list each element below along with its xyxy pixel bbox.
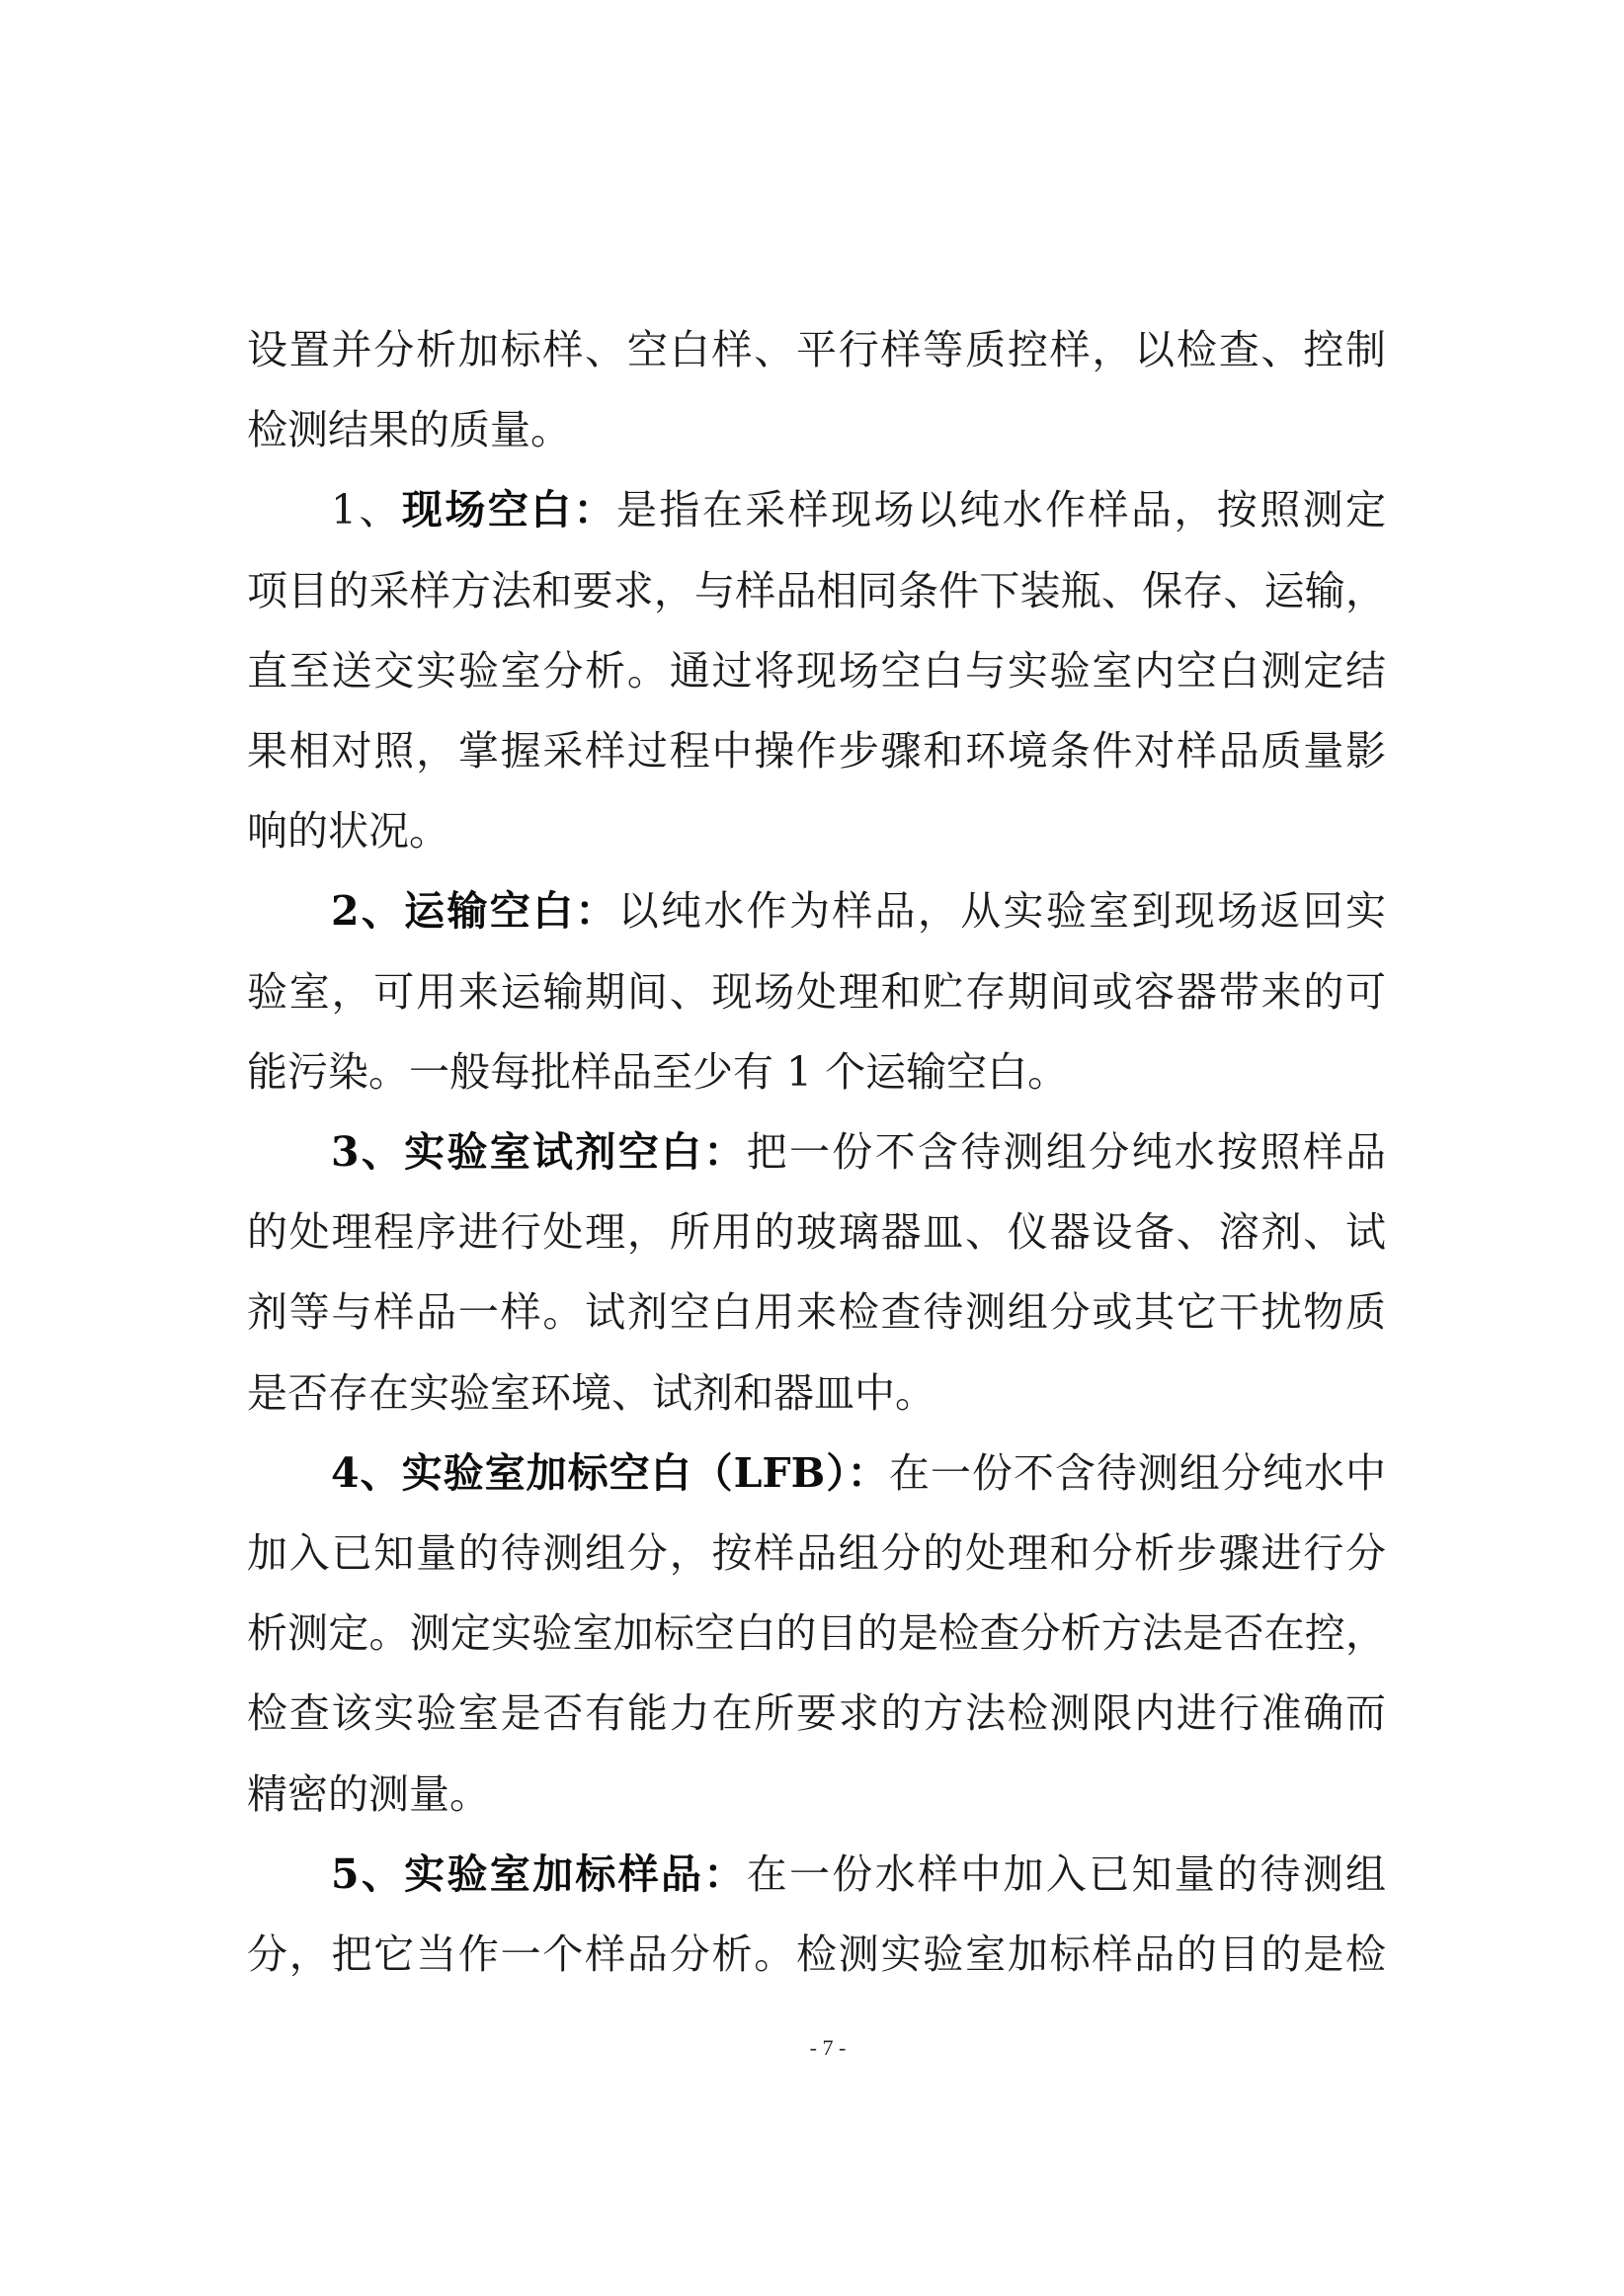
section-2-heading-line: 2、运输空白：以纯水作为样品，从实验室到现场返回实 <box>331 884 1386 938</box>
section-4-line: 加入已知量的待测组分，按样品组分的处理和分析步骤进行分 <box>247 1526 1386 1580</box>
section-3-number: 3、 <box>331 1128 404 1176</box>
intro-line-2: 检测结果的质量。 <box>247 403 1386 456</box>
section-4-line: 检查该实验室是否有能力在所要求的方法检测限内进行准确而 <box>247 1686 1386 1740</box>
section-5-number: 5、 <box>331 1850 404 1898</box>
section-2-line: 验室，可用来运输期间、现场处理和贮存期间或容器带来的可 <box>247 965 1386 1019</box>
section-4-heading-line: 4、实验室加标空白（LFB）：在一份不含待测组分纯水中 <box>331 1446 1386 1500</box>
section-1-line: 果相对照，掌握采样过程中操作步骤和环境条件对样品质量影 <box>247 724 1386 778</box>
section-4-line: 精密的测量。 <box>247 1767 1386 1821</box>
document-page: 设置并分析加标样、空白样、平行样等质控样，以检查、控制 检测结果的质量。 1、现… <box>0 0 1624 2296</box>
section-1-line: 项目的采样方法和要求，与样品相同条件下装瓶、保存、运输， <box>247 564 1386 617</box>
section-3-line: 的处理程序进行处理，所用的玻璃器皿、仪器设备、溶剂、试 <box>247 1205 1386 1259</box>
section-5-text-start: 在一份水样中加入已知量的待测组 <box>747 1850 1386 1898</box>
section-3-heading-line: 3、实验室试剂空白：把一份不含待测组分纯水按照样品 <box>331 1125 1386 1179</box>
section-2-text-start: 以纯水作为样品，从实验室到现场返回实 <box>618 887 1386 935</box>
intro-line-1: 设置并分析加标样、空白样、平行样等质控样，以检查、控制 <box>247 323 1386 376</box>
section-5-heading-line: 5、实验室加标样品：在一份水样中加入已知量的待测组 <box>331 1847 1386 1901</box>
section-1-line: 直至送交实验室分析。通过将现场空白与实验室内空白测定结 <box>247 644 1386 697</box>
section-2-heading: 运输空白： <box>404 887 618 935</box>
section-5-line: 分，把它当作一个样品分析。检测实验室加标样品的目的是检 <box>247 1927 1386 1981</box>
section-3-text-start: 把一份不含待测组分纯水按照样品 <box>747 1128 1386 1176</box>
section-5-heading: 实验室加标样品： <box>404 1850 747 1898</box>
section-1-number: 1、 <box>331 486 402 533</box>
section-1-heading: 现场空白： <box>402 486 616 533</box>
section-2-number: 2、 <box>331 887 404 935</box>
section-3-line: 是否存在实验室环境、试剂和器皿中。 <box>247 1366 1386 1420</box>
section-4-heading: 实验室加标空白（LFB）： <box>402 1449 889 1497</box>
section-4-line: 析测定。测定实验室加标空白的目的是检查分析方法是否在控， <box>247 1606 1386 1660</box>
section-3-heading: 实验室试剂空白： <box>404 1128 747 1176</box>
section-1-text-start: 是指在采样现场以纯水作样品，按照测定 <box>616 486 1386 533</box>
section-4-text-start: 在一份不含待测组分纯水中 <box>889 1449 1386 1497</box>
section-3-line: 剂等与样品一样。试剂空白用来检查待测组分或其它干扰物质 <box>247 1285 1386 1339</box>
section-1-line: 响的状况。 <box>247 804 1386 858</box>
section-4-number: 4、 <box>331 1449 402 1497</box>
section-2-line: 能污染。一般每批样品至少有 1 个运输空白。 <box>247 1045 1386 1099</box>
section-1-heading-line: 1、现场空白：是指在采样现场以纯水作样品，按照测定 <box>331 483 1386 536</box>
page-number: - 7 - <box>778 2033 877 2063</box>
